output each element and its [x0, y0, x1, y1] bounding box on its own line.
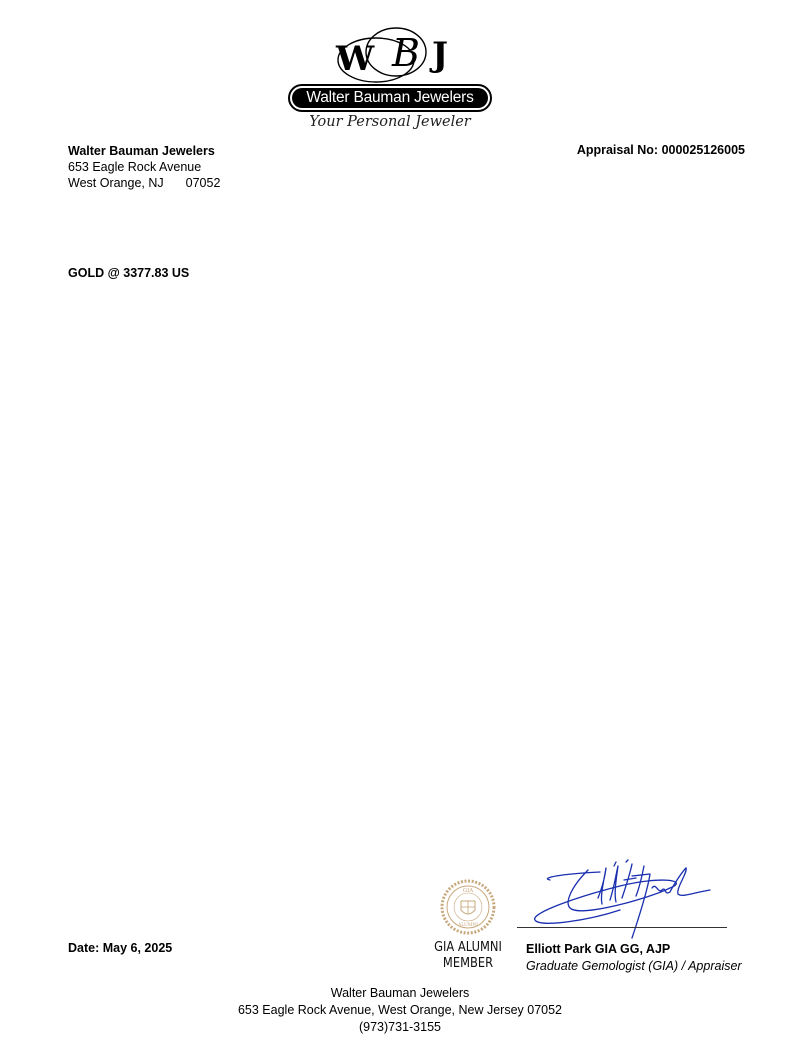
appraisal-label: Appraisal No:: [577, 143, 658, 157]
sender-city-state: West Orange, NJ: [68, 176, 164, 190]
gia-alumni-badge: GIA ALUMNI GIA ALUMNI MEMBER: [428, 878, 508, 971]
appraiser-name: Elliott Park GIA GG, AJP: [526, 941, 742, 958]
gia-badge-line2: MEMBER: [434, 955, 502, 971]
logo-tagline: Your Personal Jeweler: [284, 114, 496, 130]
footer-address: 653 Eagle Rock Avenue, West Orange, New …: [0, 1002, 800, 1019]
date-value: May 6, 2025: [103, 941, 173, 955]
appraisal-value: 000025126005: [662, 143, 745, 157]
gia-seal-icon: GIA ALUMNI: [428, 878, 508, 936]
footer-company: Walter Bauman Jewelers: [0, 985, 800, 1002]
sender-zip: 07052: [186, 176, 221, 190]
footer: Walter Bauman Jewelers 653 Eagle Rock Av…: [0, 985, 800, 1036]
logo-banner: Walter Bauman Jewelers: [288, 84, 492, 112]
signature-line: [517, 927, 727, 928]
company-logo: W B J Walter Bauman Jewelers Your Person…: [284, 22, 496, 134]
footer-phone: (973)731-3155: [0, 1019, 800, 1036]
gold-price: GOLD @ 3377.83 US: [68, 266, 189, 280]
wbj-monogram-icon: W B J: [284, 22, 496, 84]
sender-street: 653 Eagle Rock Avenue: [68, 159, 220, 175]
svg-text:B: B: [391, 31, 420, 75]
appraisal-date: Date: May 6, 2025: [68, 941, 172, 955]
svg-text:ALUMNI: ALUMNI: [457, 922, 478, 928]
appraiser-title: Graduate Gemologist (GIA) / Appraiser: [526, 958, 742, 975]
appraiser-block: Elliott Park GIA GG, AJP Graduate Gemolo…: [526, 941, 742, 975]
svg-text:W: W: [335, 39, 375, 79]
svg-text:J: J: [429, 35, 448, 75]
date-label: Date:: [68, 941, 99, 955]
appraisal-number: Appraisal No: 000025126005: [577, 143, 745, 157]
gia-badge-line1: GIA ALUMNI: [434, 939, 502, 955]
svg-text:GIA: GIA: [463, 888, 475, 894]
sender-city-line: West Orange, NJ07052: [68, 175, 220, 191]
logo-banner-text: Walter Bauman Jewelers: [292, 88, 488, 108]
sender-name: Walter Bauman Jewelers: [68, 143, 220, 159]
signature-icon: [510, 858, 750, 948]
sender-address: Walter Bauman Jewelers 653 Eagle Rock Av…: [68, 143, 220, 191]
